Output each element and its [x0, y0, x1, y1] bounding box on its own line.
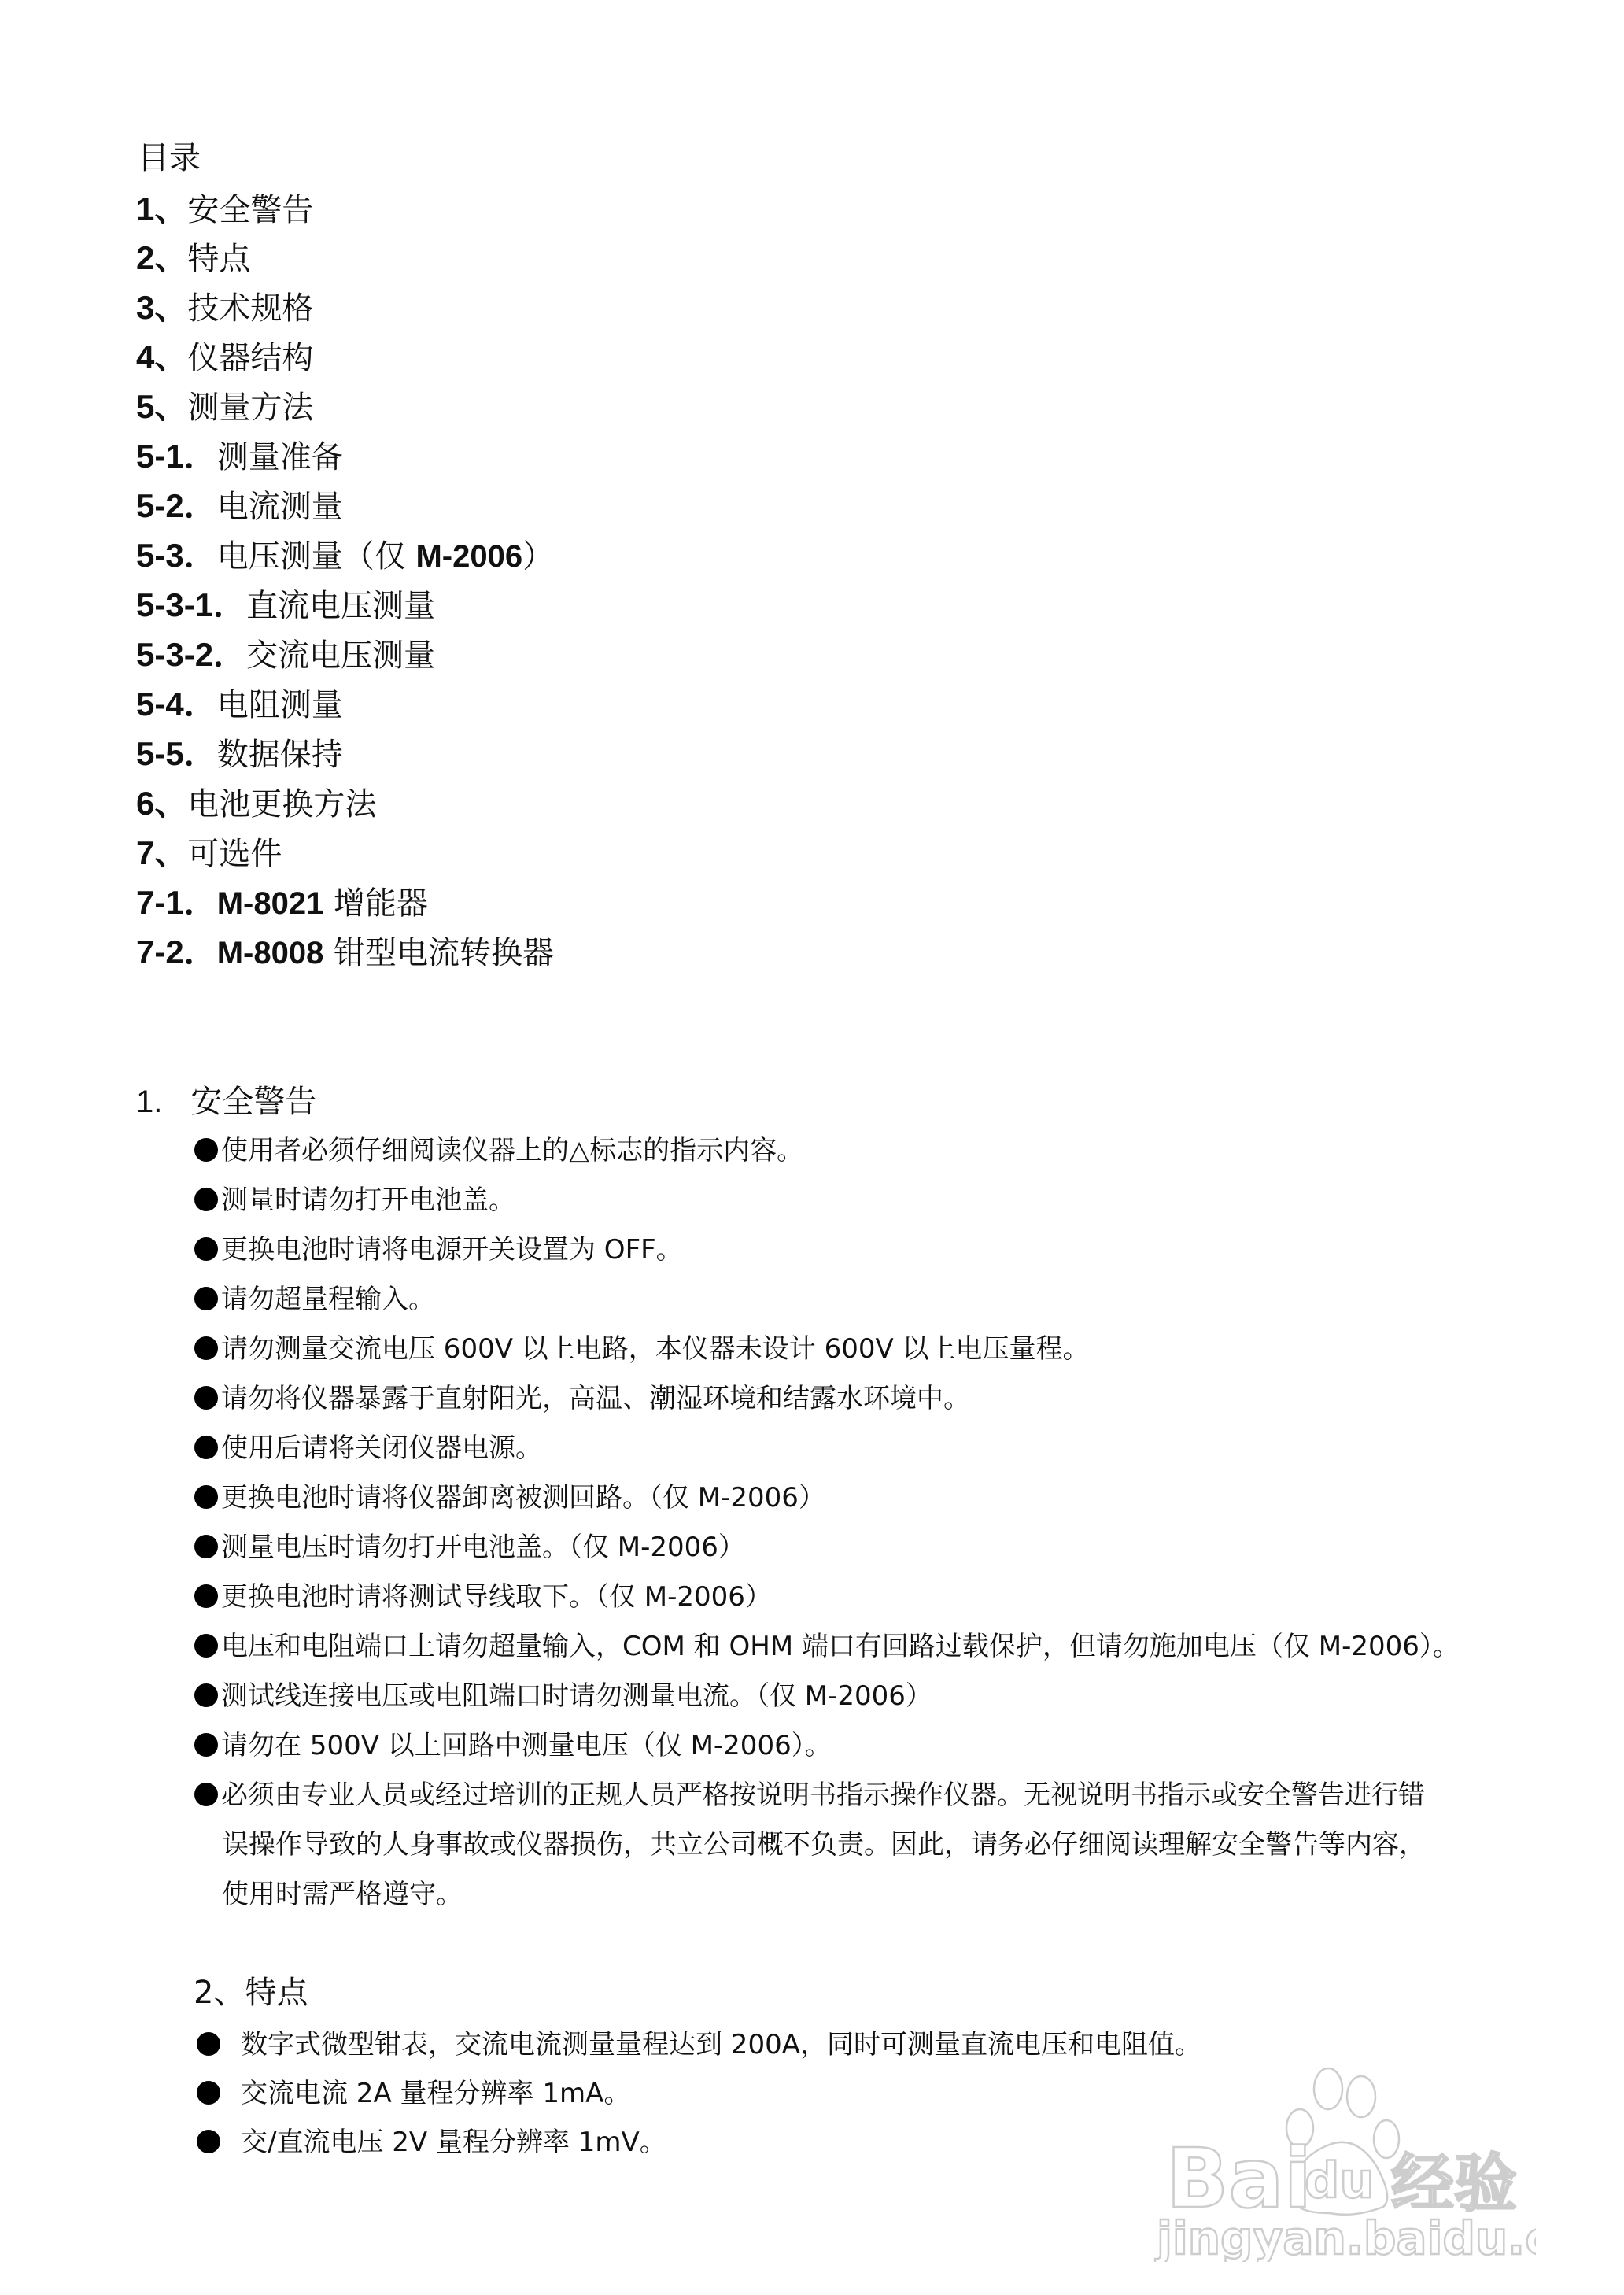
warning-item: 更换电池时请将仪器卸离被测回路。（仅 M-2006） [194, 1484, 825, 1511]
warning-item: 更换电池时请将电源开关设置为 OFF。 [194, 1236, 683, 1263]
toc-number: 7-2． [136, 933, 217, 970]
toc-item[interactable]: 5-3．电压测量（仅 M-2006） [136, 539, 554, 572]
bullet-icon [194, 1783, 218, 1806]
toc-model: M-8021 [217, 886, 324, 921]
toc-tail: ） [522, 538, 554, 575]
toc-item[interactable]: 5-1．测量准备 [136, 440, 343, 473]
toc-number: 5-4． [136, 686, 217, 722]
warning-item: 使用后请将关闭仪器电源。 [194, 1435, 542, 1462]
warning-item: 更换电池时请将测试导线取下。（仅 M-2006） [194, 1584, 772, 1610]
toc-label: 可选件 [187, 836, 282, 872]
toc-item[interactable]: 4、仪器结构 [136, 341, 313, 374]
svg-text:jingyan.baidu.com: jingyan.baidu.com [1155, 2212, 1536, 2262]
document-page: 目录 1、安全警告 2、特点 3、技术规格 4、仪器结构 5、测量方法 5-1．… [0, 0, 1624, 2295]
warning-item: 测试线连接电压或电阻端口时请勿测量电流。（仅 M-2006） [194, 1683, 932, 1709]
section-title: 安全警告 [190, 1084, 316, 1120]
bullet-icon [194, 1138, 218, 1162]
bullet-icon [194, 1237, 218, 1261]
toc-number: 3、 [136, 289, 187, 326]
toc-label: 电流测量 [217, 489, 343, 525]
warning-item-continuation: 误操作导致的人身事故或仪器损伤，共立公司概不负责。因此，请务必仔细阅读理解安全警… [222, 1831, 1426, 1858]
toc-item[interactable]: 3、技术规格 [136, 291, 313, 324]
toc-label: 特点 [187, 241, 250, 277]
warning-item: 电压和电阻端口上请勿超量输入，COM 和 OHM 端口有回路过载保护，但请勿施加… [194, 1633, 1460, 1660]
warning-item: 请勿测量交流电压 600V 以上电路，本仪器未设计 600V 以上电压量程。 [194, 1336, 1090, 1362]
bullet-icon [194, 1436, 218, 1459]
toc-number: 5-2． [136, 487, 217, 524]
bullet-icon [194, 1485, 218, 1509]
toc-label: 电池更换方法 [187, 786, 376, 822]
section-number: 1. [136, 1085, 162, 1119]
toc-title: 目录 [138, 142, 201, 174]
toc-label: 测量准备 [217, 439, 343, 475]
toc-item[interactable]: 5、测量方法 [136, 390, 313, 423]
toc-number: 7-1． [136, 884, 217, 921]
warning-item: 测量电压时请勿打开电池盖。（仅 M-2006） [194, 1534, 745, 1561]
bullet-icon [194, 1535, 218, 1558]
baidu-paw-logo-icon: Bai du 经验 jingyan.baidu.com [1150, 2056, 1536, 2262]
toc-number: 4、 [136, 338, 187, 375]
toc-label: 测量方法 [187, 390, 313, 426]
warning-item: 请勿将仪器暴露于直射阳光，高温、潮湿环境和结露水环境中。 [194, 1385, 970, 1412]
bullet-icon [194, 1733, 218, 1757]
toc-item[interactable]: 5-3-1．直流电压测量 [136, 589, 435, 622]
bullet-icon [197, 2130, 220, 2153]
toc-number: 7、 [136, 834, 187, 871]
svg-text:du: du [1305, 2152, 1375, 2209]
toc-label: 交流电压测量 [246, 637, 435, 674]
toc-number: 5-1． [136, 438, 217, 475]
feature-item: 交流电流 2A 量程分辨率 1mA。 [197, 2080, 630, 2107]
warning-item: 使用者必须仔细阅读仪器上的△标志的指示内容。 [194, 1137, 803, 1164]
bullet-icon [194, 1287, 218, 1310]
toc-item[interactable]: 5-4．电阻测量 [136, 688, 343, 721]
toc-label: 仪器结构 [187, 340, 313, 376]
toc-item[interactable]: 6、电池更换方法 [136, 787, 376, 820]
bullet-icon [194, 1188, 218, 1211]
bullet-icon [194, 1336, 218, 1360]
warning-item-continuation: 使用时需严格遵守。 [222, 1881, 463, 1908]
toc-label: 安全警告 [187, 192, 313, 228]
toc-label: 增能器 [323, 885, 428, 922]
toc-item[interactable]: 7-1．M-8021 增能器 [136, 886, 428, 919]
toc-label: 电压测量（仅 [217, 538, 416, 575]
toc-item[interactable]: 5-2．电流测量 [136, 490, 343, 523]
bullet-icon [194, 1386, 218, 1410]
section-heading-safety: 1.安全警告 [136, 1086, 316, 1118]
section-heading-features: 2、特点 [194, 1977, 308, 2009]
toc-item[interactable]: 7-2．M-8008 钳型电流转换器 [136, 936, 554, 969]
toc-item[interactable]: 5-5．数据保持 [136, 737, 343, 771]
toc-number: 5-3． [136, 537, 217, 574]
toc-label: 钳型电流转换器 [323, 935, 554, 971]
bullet-icon [197, 2081, 220, 2105]
feature-item: 交/直流电压 2V 量程分辨率 1mV。 [197, 2129, 666, 2156]
toc-item[interactable]: 1、安全警告 [136, 193, 313, 226]
svg-text:经验: 经验 [1391, 2147, 1517, 2220]
baidu-jingyan-watermark: Bai du 经验 jingyan.baidu.com [1150, 2056, 1536, 2262]
toc-label: 数据保持 [217, 737, 343, 773]
toc-model: M-8008 [217, 936, 324, 970]
toc-number: 6、 [136, 785, 187, 822]
warning-item: 请勿超量程输入。 [194, 1286, 435, 1313]
bullet-icon [197, 2032, 220, 2056]
toc-model: M-2006 [415, 539, 522, 574]
warning-item: 请勿在 500V 以上回路中测量电压（仅 M-2006）。 [194, 1732, 832, 1759]
toc-number: 1、 [136, 190, 187, 227]
toc-number: 5-3-2． [136, 636, 246, 673]
warning-item: 测量时请勿打开电池盖。 [194, 1187, 515, 1214]
bullet-icon [194, 1683, 218, 1707]
toc-label: 直流电压测量 [246, 588, 435, 624]
toc-number: 5-5． [136, 735, 217, 772]
toc-number: 5、 [136, 388, 187, 425]
bullet-icon [194, 1634, 218, 1657]
warning-item: 必须由专业人员或经过培训的正规人员严格按说明书指示操作仪器。无视说明书指示或安全… [194, 1782, 1425, 1809]
toc-label: 电阻测量 [217, 687, 343, 723]
toc-number: 5-3-1． [136, 586, 246, 623]
feature-item: 数字式微型钳表，交流电流测量量程达到 200A，同时可测量直流电压和电阻值。 [197, 2031, 1201, 2058]
toc-item[interactable]: 7、可选件 [136, 837, 282, 870]
toc-number: 2、 [136, 239, 187, 276]
bullet-icon [194, 1584, 218, 1608]
toc-item[interactable]: 5-3-2．交流电压测量 [136, 638, 435, 671]
toc-item[interactable]: 2、特点 [136, 242, 250, 275]
toc-label: 技术规格 [187, 290, 313, 327]
